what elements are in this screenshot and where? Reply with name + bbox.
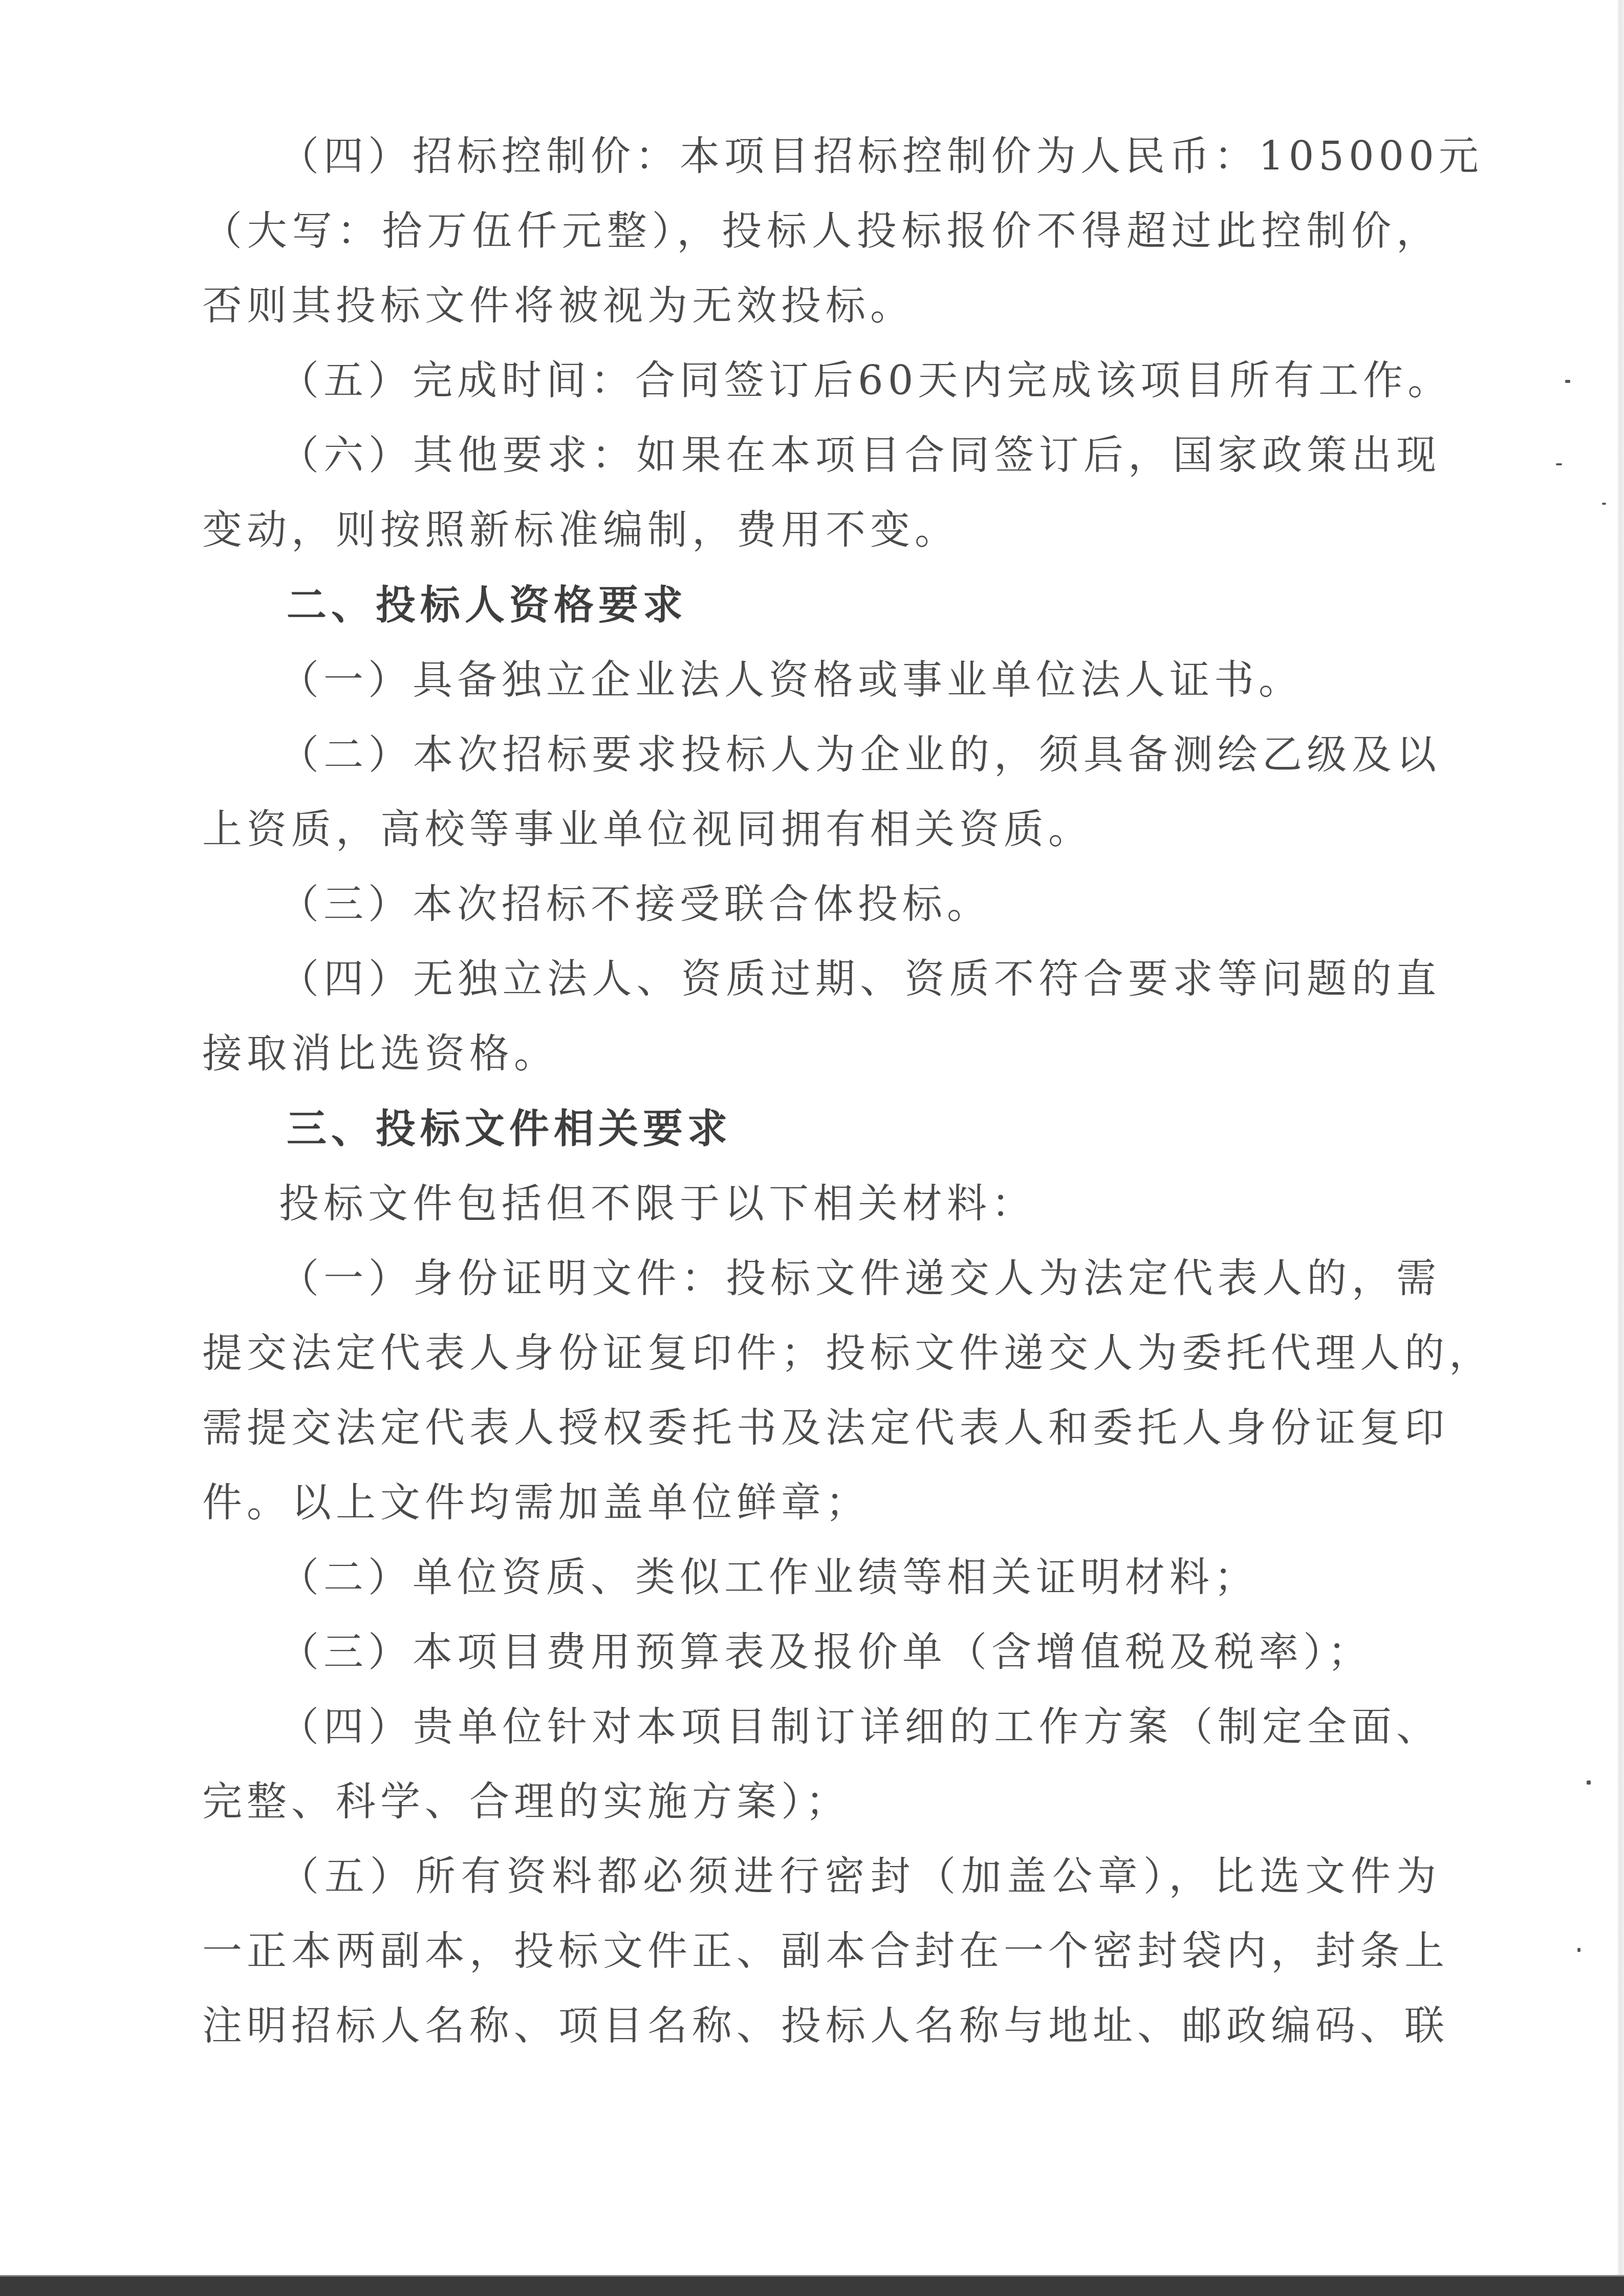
paragraph-line: （五）所有资料都必须进行密封（加盖公章），比选文件为 [279,1852,1441,1901]
scan-speck [1556,463,1562,465]
paragraph-line: 接取消比选资格。 [202,1029,1441,1079]
paragraph-line: 件。以上文件均需加盖单位鲜章； [202,1478,1441,1528]
scan-speck [1565,380,1570,383]
paragraph-line: 投标文件包括但不限于以下相关材料： [279,1179,1441,1229]
paragraph-line: （一）具备独立企业法人资格或事业单位法人证书。 [279,656,1441,705]
paragraph-line: 上资质，高校等事业单位视同拥有相关资质。 [202,805,1441,854]
paragraph-line: （六）其他要求：如果在本项目合同签订后，国家政策出现 [279,431,1441,480]
paragraph-line: 提交法定代表人身份证复印件；投标文件递交人为委托代理人的， [202,1329,1441,1378]
paragraph-line: （四）招标控制价：本项目招标控制价为人民币：105000元 [279,132,1441,181]
paragraph-line: （三）本项目费用预算表及报价单（含增值税及税率）； [279,1628,1441,1677]
paragraph-line: （一）身份证明文件：投标文件递交人为法定代表人的，需 [279,1254,1441,1303]
paragraph-line: （四）贵单位针对本项目制订详细的工作方案（制定全面、 [279,1703,1441,1752]
paragraph-line: （五）完成时间：合同签订后60天内完成该项目所有工作。 [279,356,1441,405]
scanned-document-page: （四）招标控制价：本项目招标控制价为人民币：105000元（大写：拾万伍仟元整）… [0,0,1624,2296]
scan-speck [1577,1948,1580,1952]
paragraph-line: （大写：拾万伍仟元整），投标人投标报价不得超过此控制价， [202,207,1441,256]
section-heading: 二、投标人资格要求 [287,581,1525,630]
paragraph-line: 完整、科学、合理的实施方案）； [202,1777,1441,1827]
paragraph-line: （二）单位资质、类似工作业绩等相关证明材料； [279,1553,1441,1602]
paragraph-line: 变动，则按照新标准编制，费用不变。 [202,506,1441,555]
paragraph-line: （二）本次招标要求投标人为企业的，须具备测绘乙级及以 [279,731,1441,780]
section-heading: 三、投标文件相关要求 [287,1105,1525,1154]
paragraph-line: 需提交法定代表人授权委托书及法定代表人和委托人身份证复印 [202,1404,1441,1453]
scan-bottom-border [0,2275,1624,2296]
paragraph-line: 一正本两副本，投标文件正、副本合封在一个密封袋内，封条上 [202,1927,1441,1976]
scan-speck [1587,1780,1591,1785]
paragraph-line: 否则其投标文件将被视为无效投标。 [202,282,1441,331]
paragraph-line: （三）本次招标不接受联合体投标。 [279,880,1441,929]
paragraph-line: 注明招标人名称、项目名称、投标人名称与地址、邮政编码、联 [202,2002,1441,2051]
page-edge-shadow [1617,0,1624,2296]
scan-speck [1602,503,1606,505]
paragraph-line: （四）无独立法人、资质过期、资质不符合要求等问题的直 [279,955,1441,1004]
